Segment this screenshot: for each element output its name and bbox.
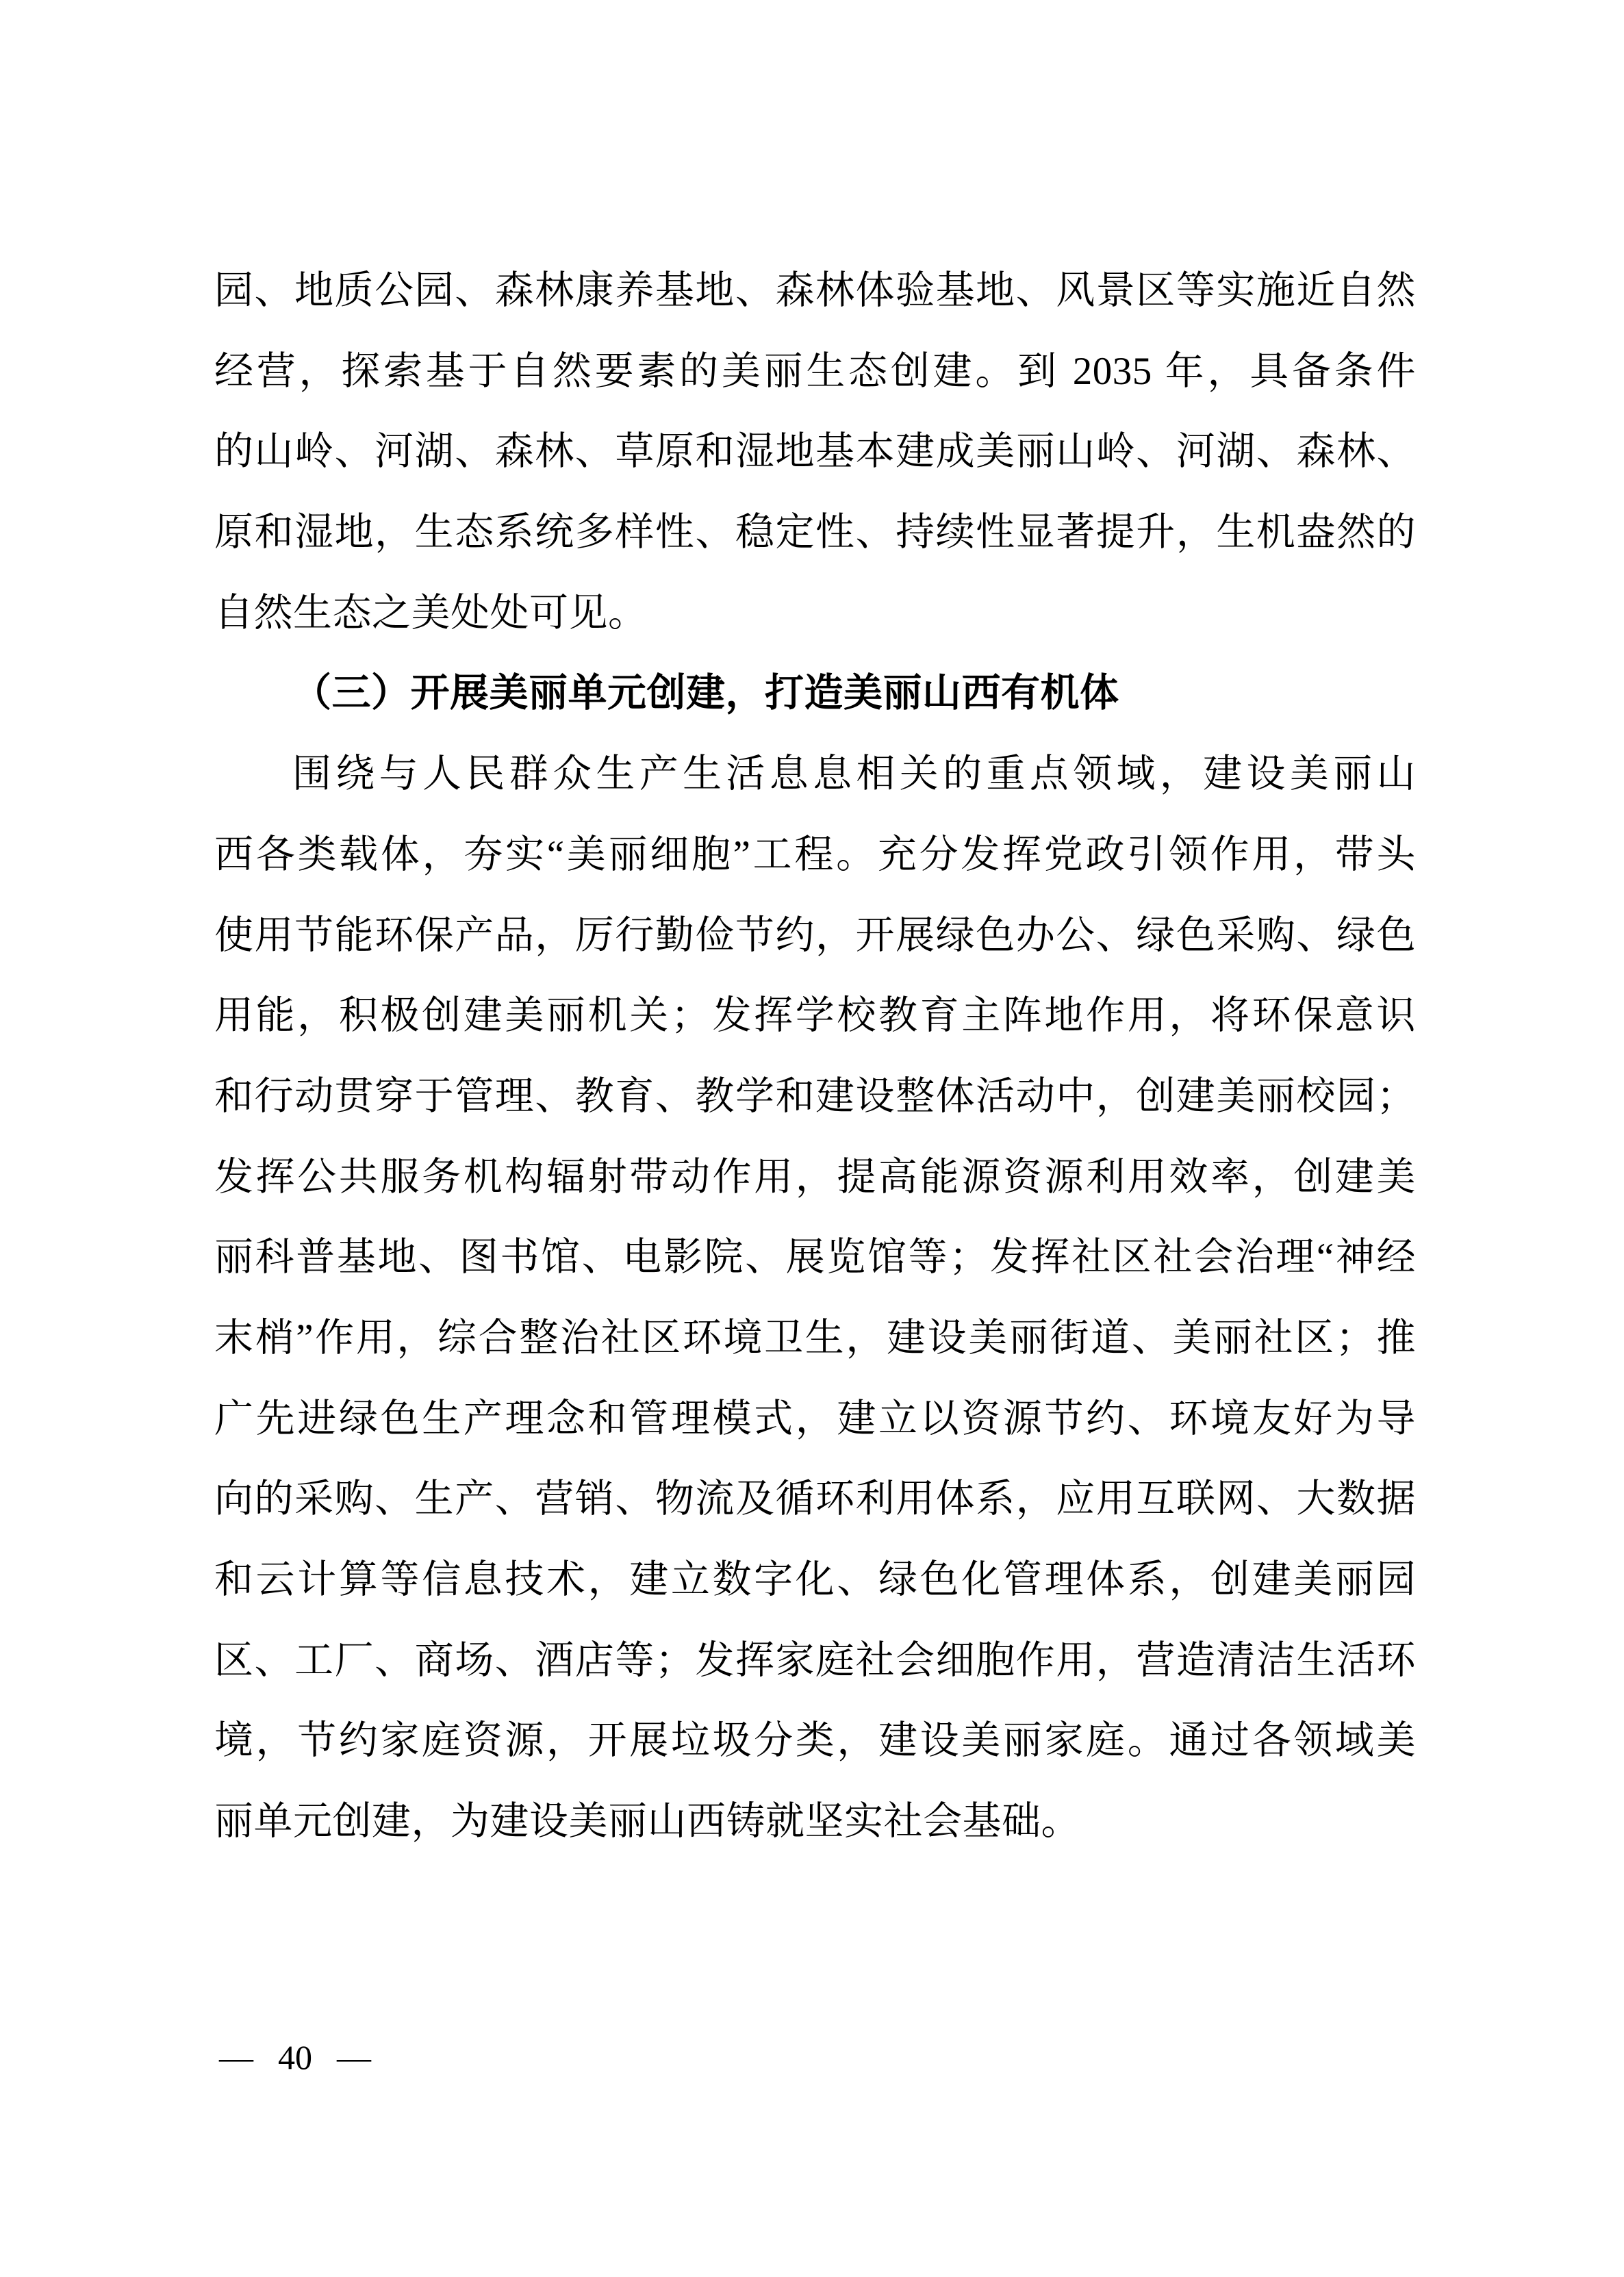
body-line: 广先进绿色生产理念和管理模式，建立以资源节约、环境友好为导 xyxy=(214,1379,1416,1460)
body-line: 丽科普基地、图书馆、电影院、展览馆等；发挥社区社会治理“神经 xyxy=(214,1217,1416,1298)
section-heading: （三）开展美丽单元创建，打造美丽山西有机体 xyxy=(214,653,1416,734)
body-line: 的山岭、河湖、森林、草原和湿地基本建成美丽山岭、河湖、森林、草 xyxy=(214,411,1416,492)
document-body: 园、地质公园、森林康养基地、森林体验基地、风景区等实施近自然 经营，探索基于自然… xyxy=(214,251,1416,1862)
body-line: 发挥公共服务机构辐射带动作用，提高能源资源利用效率，创建美 xyxy=(214,1137,1416,1218)
body-line: 和云计算等信息技术，建立数字化、绿色化管理体系，创建美丽园 xyxy=(214,1540,1416,1620)
footer-dash-right: — xyxy=(337,2038,371,2076)
body-line: 园、地质公园、森林康养基地、森林体验基地、风景区等实施近自然 xyxy=(214,251,1416,331)
body-line: 丽单元创建，为建设美丽山西铸就坚实社会基础。 xyxy=(214,1781,1416,1862)
body-line: 使用节能环保产品，厉行勤俭节约，开展绿色办公、绿色采购、绿色 xyxy=(214,895,1416,976)
body-line: 原和湿地，生态系统多样性、稳定性、持续性显著提升，生机盎然的 xyxy=(214,492,1416,573)
document-page: 园、地质公园、森林康养基地、森林体验基地、风景区等实施近自然 经营，探索基于自然… xyxy=(0,0,1624,2277)
body-line: 西各类载体，夯实“美丽细胞”工程。充分发挥党政引领作用，带头 xyxy=(214,815,1416,895)
footer-dash-left: — xyxy=(219,2038,253,2076)
body-line: 向的采购、生产、营销、物流及循环利用体系，应用互联网、大数据 xyxy=(214,1459,1416,1540)
body-line: 和行动贯穿于管理、教育、教学和建设整体活动中，创建美丽校园； xyxy=(214,1056,1416,1137)
page-footer: —40— xyxy=(219,2040,371,2074)
body-line: 自然生态之美处处可见。 xyxy=(214,573,1416,654)
body-line: 围绕与人民群众生产生活息息相关的重点领域，建设美丽山 xyxy=(214,734,1416,815)
body-line: 境，节约家庭资源，开展垃圾分类，建设美丽家庭。通过各领域美 xyxy=(214,1701,1416,1781)
page-number: 40 xyxy=(278,2040,312,2074)
body-line: 用能，积极创建美丽机关；发挥学校教育主阵地作用，将环保意识 xyxy=(214,976,1416,1056)
body-line: 区、工厂、商场、酒店等；发挥家庭社会细胞作用，营造清洁生活环 xyxy=(214,1620,1416,1701)
body-line: 经营，探索基于自然要素的美丽生态创建。到 2035 年，具备条件 xyxy=(214,331,1416,412)
body-line: 末梢”作用，综合整治社区环境卫生，建设美丽街道、美丽社区；推 xyxy=(214,1298,1416,1379)
